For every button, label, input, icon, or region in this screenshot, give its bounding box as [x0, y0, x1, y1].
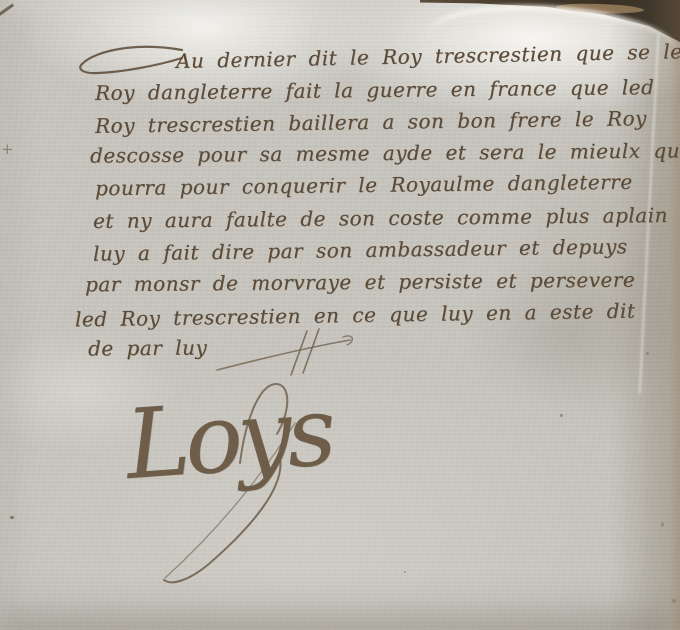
text-line: Au dernier dit le Roy trescrestien que s…: [176, 39, 680, 73]
text-line: descosse pour sa mesme ayde et sera le m…: [90, 138, 680, 167]
text-line: led Roy trescrestien en ce que luy en a …: [75, 299, 636, 332]
ink-speck: [661, 522, 664, 527]
ink-speck: [404, 571, 406, 573]
signature-flourish: [90, 368, 350, 598]
ink-speck: [672, 599, 676, 603]
text-line: et ny aura faulte de son coste comme plu…: [93, 203, 668, 233]
ink-speck: [10, 516, 14, 519]
opening-flourish: [76, 42, 186, 78]
marginal-cross-mark: +: [1, 140, 14, 158]
manuscript-page: + Au dernier dit le Roy trescrestien que…: [0, 0, 680, 630]
text-line: Roy trescrestien baillera a son bon frer…: [95, 106, 647, 138]
ink-speck: [560, 414, 563, 417]
text-line: par monsr de morvraye et persiste et per…: [85, 268, 635, 297]
text-line: Roy dangleterre fait la guerre en france…: [95, 75, 655, 105]
text-line: de par luy: [88, 335, 207, 360]
ink-speck: [646, 352, 649, 355]
text-line: pourra pour conquerir le Royaulme dangle…: [95, 170, 633, 201]
text-line: luy a fait dire par son ambassadeur et d…: [93, 234, 628, 265]
top-left-corner-mark: [0, 4, 14, 18]
